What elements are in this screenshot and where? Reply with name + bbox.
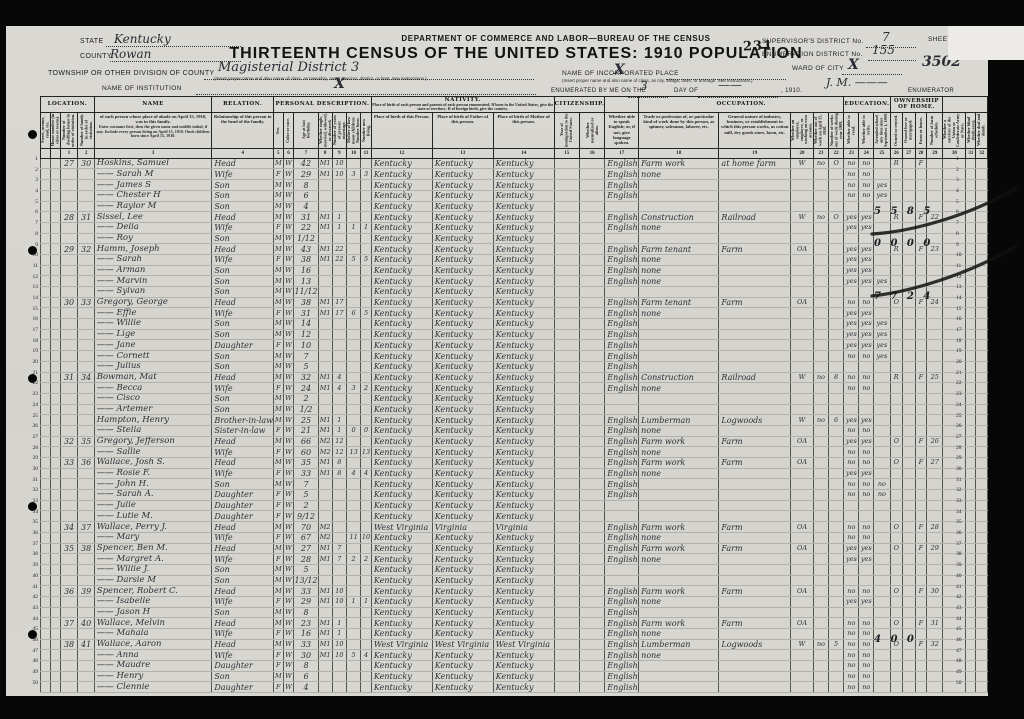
cell-na	[579, 329, 604, 340]
cell-na	[579, 447, 604, 458]
cell-ow1	[814, 554, 829, 565]
cell-ym: 4	[332, 372, 346, 383]
cell-street	[41, 500, 51, 511]
cell-cr: W	[283, 372, 294, 383]
cell-ow2	[828, 447, 844, 458]
cell-mort	[902, 404, 915, 415]
cell-cr: W	[283, 361, 294, 372]
cell-bm: Kentucky	[493, 244, 554, 255]
column-number: 18	[639, 148, 719, 158]
cell-cr: W	[283, 233, 294, 244]
cell-deaf	[976, 543, 988, 554]
cell-name: Hampton, Henry	[94, 415, 212, 426]
cell-blind	[966, 532, 976, 543]
cell-cl: 10	[361, 532, 372, 543]
cell-street	[41, 222, 51, 233]
cell-eng	[605, 201, 639, 212]
cell-occ: none	[639, 222, 719, 233]
cell-ind	[719, 490, 791, 501]
cell-occ: Lumberman	[639, 415, 719, 426]
cell-ym: 8	[332, 458, 346, 469]
cell-ow1	[814, 425, 829, 436]
cell-bm: Kentucky	[493, 265, 554, 276]
cell-ym: 1	[332, 629, 346, 640]
cell-bf: Kentucky	[432, 575, 493, 586]
cell-rel: Son	[212, 671, 274, 682]
cell-farm: F	[915, 618, 926, 629]
cell-deaf	[976, 532, 988, 543]
cell-dw	[60, 222, 78, 233]
row-number: 35	[956, 517, 966, 528]
cell-cr: W	[283, 404, 294, 415]
cell-sx: F	[274, 383, 283, 394]
cell-dw	[60, 340, 78, 351]
column-number: 25	[874, 148, 890, 158]
cell-na	[579, 543, 604, 554]
cell-sch: no	[874, 479, 890, 490]
row-number: 28	[956, 443, 966, 454]
cell-wr: yes	[859, 436, 874, 447]
cell-farm	[915, 404, 926, 415]
county-label: COUNTY	[80, 53, 112, 60]
cell-ind	[719, 468, 791, 479]
cell-cr: W	[283, 458, 294, 469]
cell-cls	[791, 340, 814, 351]
cell-yi	[554, 511, 579, 522]
cell-sx: M	[274, 479, 283, 490]
cell-cls: OA	[791, 586, 814, 597]
cell-deaf	[976, 618, 988, 629]
cell-cl	[361, 340, 372, 351]
cell-cls	[791, 254, 814, 265]
cell-cls: W	[791, 639, 814, 650]
row-number: 21	[956, 368, 966, 379]
cell-bp: Kentucky	[371, 500, 432, 511]
cell-bm: Kentucky	[493, 222, 554, 233]
cell-cls	[791, 276, 814, 287]
cell-ow2	[828, 575, 844, 586]
cell-bf: Kentucky	[432, 650, 493, 661]
cell-fs	[927, 361, 943, 372]
cell-age: 32	[294, 372, 318, 383]
cell-rd: yes	[844, 415, 859, 426]
cell-dw	[60, 276, 78, 287]
cell-cb: 6	[346, 308, 360, 319]
cell-ind	[719, 629, 791, 640]
cell-cb	[346, 201, 360, 212]
cell-mort	[902, 447, 915, 458]
row-number: 22	[28, 378, 38, 389]
cell-ind	[719, 383, 791, 394]
cell-ms	[318, 340, 332, 351]
cell-wr: no	[859, 650, 874, 661]
cell-age: 4	[294, 201, 318, 212]
cell-cb	[346, 629, 360, 640]
cell-cl	[361, 201, 372, 212]
cell-bm: Kentucky	[493, 383, 554, 394]
column-group-header: PERSONAL DESCRIPTION.	[274, 97, 372, 113]
cell-dw	[60, 287, 78, 298]
cell-cls	[791, 404, 814, 415]
cell-bf: Kentucky	[432, 158, 493, 169]
cell-sx: F	[274, 447, 283, 458]
cell-street	[41, 254, 51, 265]
cell-rel: Wife	[212, 629, 274, 640]
cell-cl	[361, 490, 372, 501]
cell-ow2	[828, 500, 844, 511]
cell-name: —— Mary	[94, 532, 212, 543]
cell-cr: W	[283, 158, 294, 169]
cell-bf: Kentucky	[432, 329, 493, 340]
cell-cb	[346, 522, 360, 533]
cell-cl	[361, 629, 372, 640]
cell-na	[579, 276, 604, 287]
cell-ind	[719, 319, 791, 330]
cell-blind	[966, 415, 976, 426]
cell-eng: English	[605, 265, 639, 276]
cell-ym: 1	[332, 425, 346, 436]
census-sheet: STATE Kentucky COUNTY Rowan TOWNSHIP OR …	[6, 26, 988, 696]
cell-street	[41, 201, 51, 212]
column-header-deaf: Whether deaf and dumb.	[976, 112, 988, 148]
cell-ind	[719, 329, 791, 340]
cell-occ: Construction	[639, 372, 719, 383]
row-number: 32	[28, 485, 38, 496]
row-number: 39	[28, 560, 38, 571]
cell-ms: M1	[318, 383, 332, 394]
cell-deaf	[976, 554, 988, 565]
cell-house	[50, 340, 60, 351]
cell-fs	[927, 393, 943, 404]
cell-sch	[874, 596, 890, 607]
cell-farm	[915, 554, 926, 565]
cell-bm: Virginia	[493, 522, 554, 533]
cell-age: 2	[294, 393, 318, 404]
cell-house	[50, 383, 60, 394]
cell-deaf	[976, 361, 988, 372]
cell-na	[579, 532, 604, 543]
cell-house	[50, 618, 60, 629]
cell-cls	[791, 361, 814, 372]
cell-rd: yes	[844, 308, 859, 319]
institution-x-mark: X	[334, 76, 345, 92]
cell-sx: M	[274, 458, 283, 469]
column-header-bf: Place of birth of Father of this person.	[432, 112, 493, 148]
cell-ow2	[828, 180, 844, 191]
cell-eng: English	[605, 425, 639, 436]
cell-home	[890, 479, 902, 490]
cell-ind: Railroad	[719, 372, 791, 383]
cell-cr: W	[283, 265, 294, 276]
cell-ms	[318, 500, 332, 511]
cell-eng: English	[605, 158, 639, 169]
cell-bm: Kentucky	[493, 532, 554, 543]
cell-farm: F	[915, 522, 926, 533]
cell-blind	[966, 329, 976, 340]
cell-rd: no	[844, 447, 859, 458]
cell-ym	[332, 393, 346, 404]
cell-home	[890, 490, 902, 501]
column-header-cb: Mother of how many children: Number born…	[346, 112, 360, 148]
cell-ind: Railroad	[719, 212, 791, 223]
cell-dw: 36	[60, 586, 78, 597]
cell-house	[50, 458, 60, 469]
cell-bp: Kentucky	[371, 190, 432, 201]
cell-rel: Wife	[212, 222, 274, 233]
table-row: —— Margret A.WifeFW28M1722KentuckyKentuc…	[41, 554, 988, 565]
cell-deaf	[976, 490, 988, 501]
table-row: —— ClennieDaughterFW4KentuckyKentuckyKen…	[41, 682, 988, 693]
column-group-header: NATIVITY.Place of birth of each person a…	[371, 97, 554, 113]
row-number: 4	[28, 186, 38, 197]
cell-ow1	[814, 340, 829, 351]
cell-occ	[639, 180, 719, 191]
cell-occ	[639, 351, 719, 362]
cell-house	[50, 554, 60, 565]
cell-cl: 4	[361, 468, 372, 479]
cell-farm	[915, 511, 926, 522]
cell-fam	[78, 190, 94, 201]
cell-yi	[554, 180, 579, 191]
cell-name: —— Jason H	[94, 607, 212, 618]
cell-bm: Kentucky	[493, 490, 554, 501]
cell-ow2	[828, 244, 844, 255]
cell-house	[50, 329, 60, 340]
cell-na	[579, 479, 604, 490]
cell-yi	[554, 618, 579, 629]
cell-street	[41, 351, 51, 362]
cell-na	[579, 404, 604, 415]
cell-fam	[78, 361, 94, 372]
cell-ow2	[828, 564, 844, 575]
column-header-bm: Place of birth of Mother of this person.	[493, 112, 554, 148]
cell-occ: none	[639, 554, 719, 565]
table-row: —— DellaWifeFW22M1111KentuckyKentuckyKen…	[41, 222, 988, 233]
cell-yi	[554, 158, 579, 169]
cell-cls	[791, 682, 814, 693]
row-number: 22	[956, 378, 966, 389]
cell-blind	[966, 586, 976, 597]
cell-bp: Kentucky	[371, 361, 432, 372]
cell-rd: no	[844, 618, 859, 629]
cell-rel: Son	[212, 233, 274, 244]
cell-ms	[318, 287, 332, 298]
cell-cl	[361, 500, 372, 511]
cell-bm: Kentucky	[493, 564, 554, 575]
cell-ow1	[814, 532, 829, 543]
row-number: 1	[956, 154, 966, 165]
state-label: STATE	[80, 38, 104, 45]
column-header-ow1: Whether out of work on April 15, 1910.	[814, 112, 829, 148]
cell-street	[41, 554, 51, 565]
cell-bf: West Virginia	[432, 639, 493, 650]
ward-x-mark: X	[848, 57, 859, 73]
cell-cls	[791, 222, 814, 233]
cell-ms	[318, 607, 332, 618]
table-row: —— WillieSonMW14KentuckyKentuckyKentucky…	[41, 319, 988, 330]
cell-age: 38	[294, 254, 318, 265]
cell-ms: M1	[318, 468, 332, 479]
cell-ind: Farm	[719, 618, 791, 629]
row-number: 34	[28, 507, 38, 518]
cell-eng: English	[605, 169, 639, 180]
cell-cl	[361, 329, 372, 340]
cell-dw	[60, 661, 78, 672]
cell-fam	[78, 596, 94, 607]
cell-cl	[361, 351, 372, 362]
cell-ow2	[828, 222, 844, 233]
cell-bp: Kentucky	[371, 169, 432, 180]
cell-ow1	[814, 447, 829, 458]
cell-farm: F	[915, 458, 926, 469]
cell-fs	[927, 490, 943, 501]
cell-ms	[318, 511, 332, 522]
cell-ms: M1	[318, 158, 332, 169]
cell-ow2	[828, 682, 844, 693]
cell-cr: W	[283, 319, 294, 330]
cell-cl: 13	[361, 447, 372, 458]
cell-age: 33	[294, 586, 318, 597]
cell-fs	[927, 340, 943, 351]
cell-ms: M1	[318, 629, 332, 640]
cell-cls: OA	[791, 618, 814, 629]
column-number: 9	[332, 148, 346, 158]
cell-ind	[719, 351, 791, 362]
cell-cl	[361, 586, 372, 597]
cell-rel: Head	[212, 543, 274, 554]
cell-eng	[605, 575, 639, 586]
cell-ms	[318, 329, 332, 340]
cell-blind	[966, 468, 976, 479]
cell-sx: F	[274, 169, 283, 180]
cell-yi	[554, 554, 579, 565]
cell-rel: Wife	[212, 447, 274, 458]
column-group-header: OWNERSHIP OF HOME.	[890, 97, 943, 113]
cell-ms	[318, 564, 332, 575]
cell-cr: W	[283, 511, 294, 522]
cell-cb	[346, 372, 360, 383]
column-number: 3	[94, 148, 212, 158]
cell-cls	[791, 490, 814, 501]
cell-rd	[844, 575, 859, 586]
cell-house	[50, 351, 60, 362]
cell-rd: no	[844, 650, 859, 661]
cell-house	[50, 265, 60, 276]
column-number: 7	[294, 148, 318, 158]
cell-cr: W	[283, 522, 294, 533]
cell-cls: W	[791, 372, 814, 383]
cell-fam: 39	[78, 586, 94, 597]
cell-yi	[554, 351, 579, 362]
row-number: 11	[28, 261, 38, 272]
cell-fam	[78, 169, 94, 180]
cell-age: 60	[294, 447, 318, 458]
cell-rd: yes	[844, 212, 859, 223]
cell-eng: English	[605, 586, 639, 597]
cell-ow1	[814, 522, 829, 533]
cell-ms	[318, 190, 332, 201]
row-number: 46	[956, 635, 966, 646]
row-number: 29	[956, 453, 966, 464]
cell-street	[41, 425, 51, 436]
cell-sx: F	[274, 650, 283, 661]
cell-farm	[915, 319, 926, 330]
cell-rd	[844, 361, 859, 372]
cell-eng: English	[605, 458, 639, 469]
cell-age: 70	[294, 522, 318, 533]
cell-dw	[60, 383, 78, 394]
cell-deaf	[976, 500, 988, 511]
cell-wr: no	[859, 447, 874, 458]
cell-name: Hoskins, Samuel	[94, 158, 212, 169]
cell-house	[50, 522, 60, 533]
cell-cls: OA	[791, 458, 814, 469]
cell-rd: no	[844, 425, 859, 436]
table-row: 2932Hamm, JosephHeadMW43M122KentuckyKent…	[41, 244, 988, 255]
ward-label: WARD OF CITY	[792, 65, 844, 72]
cell-ind	[719, 340, 791, 351]
cell-ind	[719, 404, 791, 415]
cell-ow1	[814, 436, 829, 447]
cell-yi	[554, 575, 579, 586]
cell-cb	[346, 618, 360, 629]
cell-fam	[78, 180, 94, 191]
cell-sch	[874, 554, 890, 565]
cell-mort	[902, 372, 915, 383]
cell-fs: 29	[927, 543, 943, 554]
cell-rd	[844, 564, 859, 575]
cell-home	[890, 404, 902, 415]
cell-fam	[78, 276, 94, 287]
table-row: —— ArtemerSonMW1/2KentuckyKentuckyKentuc…	[41, 404, 988, 415]
cell-mort	[902, 671, 915, 682]
cell-dw	[60, 169, 78, 180]
cell-occ	[639, 233, 719, 244]
cell-rd: no	[844, 190, 859, 201]
column-header-ms: Whether single, married, widowed, or div…	[318, 112, 332, 148]
cell-rel: Brother-in-law	[212, 415, 274, 426]
cell-cls: OA	[791, 436, 814, 447]
cell-yi	[554, 361, 579, 372]
cell-sch	[874, 458, 890, 469]
cell-house	[50, 212, 60, 223]
cell-fs: 30	[927, 586, 943, 597]
cell-bf: Kentucky	[432, 532, 493, 543]
cell-sx: M	[274, 361, 283, 372]
cell-sx: M	[274, 265, 283, 276]
cell-cls	[791, 319, 814, 330]
cell-yi	[554, 233, 579, 244]
cell-fam	[78, 671, 94, 682]
row-number: 2	[28, 165, 38, 176]
cell-fs	[927, 575, 943, 586]
cell-cl	[361, 458, 372, 469]
cell-cl	[361, 265, 372, 276]
cell-cls	[791, 564, 814, 575]
cell-cl: 3	[361, 169, 372, 180]
cell-sx: M	[274, 372, 283, 383]
cell-yi	[554, 596, 579, 607]
cell-home	[890, 575, 902, 586]
cell-ym	[332, 276, 346, 287]
cell-deaf	[976, 329, 988, 340]
cell-sch: no	[874, 490, 890, 501]
cell-home	[890, 319, 902, 330]
row-number: 6	[28, 207, 38, 218]
cell-na	[579, 650, 604, 661]
cell-bp: Kentucky	[371, 244, 432, 255]
cell-bf: Kentucky	[432, 661, 493, 672]
